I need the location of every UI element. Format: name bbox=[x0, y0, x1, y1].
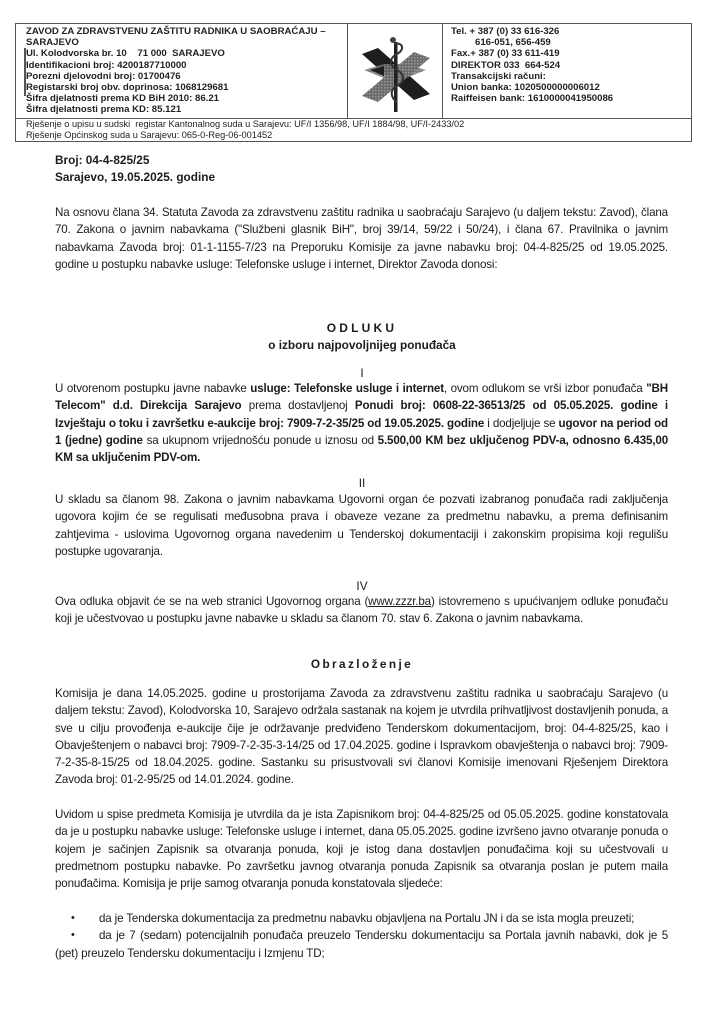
org-activity-code-1: Šifra djelatnosti prema KD BiH 2010: 86.… bbox=[26, 93, 347, 104]
margin-bar bbox=[24, 48, 26, 96]
org-id-number: Identifikacioni broj: 4200187710000 bbox=[26, 60, 347, 71]
bullet-text-2: da je 7 (sedam) potencijalnih ponuđača p… bbox=[55, 927, 668, 962]
org-name-line2: SARAJEVO bbox=[26, 37, 347, 48]
section-1-paragraph: U otvorenom postupku javne nabavke uslug… bbox=[55, 380, 668, 466]
account-raiffeisen-bank: Raiffeisen bank: 1610000041950086 bbox=[451, 93, 691, 104]
org-activity-code-2: Šifra djelatnosti prema KD: 85.121 bbox=[26, 104, 347, 115]
section-2-paragraph: U skladu sa članom 98. Zakona o javnim n… bbox=[55, 491, 668, 560]
document-page: ZAVOD ZA ZDRAVSTVENU ZAŠTITU RADNIKA U S… bbox=[0, 0, 724, 1024]
section-4-text-before: Ova odluka objavit će se na web stranici… bbox=[55, 595, 368, 608]
letterhead-top-row: ZAVOD ZA ZDRAVSTVENU ZAŠTITU RADNIKA U S… bbox=[16, 24, 691, 119]
website-link[interactable]: www.zzzr.ba bbox=[368, 595, 431, 608]
section-1-numeral: I bbox=[0, 366, 724, 380]
section-2-numeral: II bbox=[0, 476, 724, 490]
section-1-text-run: U otvorenom postupku javne nabavke bbox=[55, 382, 250, 395]
rationale-title: Obrazloženje bbox=[0, 657, 724, 671]
court-reg-2: Rješenje Općinskog suda u Sarajevu: 065-… bbox=[26, 130, 691, 141]
letterhead-contact-info: Tel. + 387 (0) 33 616-326 616-051, 656-4… bbox=[443, 24, 691, 118]
reference-place-date: Sarajevo, 19.05.2025. godine bbox=[55, 169, 215, 186]
letterhead-logo-cell bbox=[348, 24, 443, 118]
org-name-line1: ZAVOD ZA ZDRAVSTVENU ZAŠTITU RADNIKA U S… bbox=[26, 26, 347, 37]
rationale-paragraph-1: Komisija je dana 14.05.2025. godine u pr… bbox=[55, 685, 668, 789]
org-address: Ul. Kolodvorska br. 10 71 000 SARAJEVO bbox=[26, 48, 347, 59]
preamble-paragraph: Na osnovu člana 34. Statuta Zavoda za zd… bbox=[55, 204, 668, 273]
letterhead-org-info: ZAVOD ZA ZDRAVSTVENU ZAŠTITU RADNIKA U S… bbox=[16, 24, 348, 118]
account-union-bank: Union banka: 1020500000006012 bbox=[451, 82, 691, 93]
rationale-paragraph-2: Uvidom u spise predmeta Komisija je utvr… bbox=[55, 806, 668, 892]
bullet-item-2: • da je 7 (sedam) potencijalnih ponuđača… bbox=[55, 927, 668, 962]
decision-title: ODLUKU bbox=[0, 321, 724, 335]
section-1-text-run: prema dostavljenoj bbox=[241, 399, 354, 412]
contact-tel: Tel. + 387 (0) 33 616-326 bbox=[451, 26, 691, 37]
bullet-dot: • bbox=[71, 927, 75, 944]
document-reference: Broj: 04-4-825/25 Sarajevo, 19.05.2025. … bbox=[55, 152, 215, 186]
section-1-text-run: i dodjeljuje se bbox=[484, 417, 558, 430]
org-tax-number: Porezni djelovodni broj: 01700476 bbox=[26, 71, 347, 82]
caduceus-cross-logo-icon bbox=[348, 24, 443, 118]
decision-subtitle: o izboru najpovoljnijeg ponuđača bbox=[0, 338, 724, 352]
accounts-label: Transakcijski računi: bbox=[451, 71, 691, 82]
bullet-item-1: • da je Tenderska dokumentacija za predm… bbox=[55, 910, 668, 927]
contact-fax: Fax.+ 387 (0) 33 611-419 bbox=[451, 48, 691, 59]
letterhead: ZAVOD ZA ZDRAVSTVENU ZAŠTITU RADNIKA U S… bbox=[15, 23, 692, 142]
bullet-dot: • bbox=[71, 910, 75, 927]
reference-number: Broj: 04-4-825/25 bbox=[55, 152, 215, 169]
section-1-text-run: sa ukupnom vrijednošću ponude u iznosu o… bbox=[143, 434, 378, 447]
section-4-paragraph: Ova odluka objavit će se na web stranici… bbox=[55, 593, 668, 628]
contact-tel-2: 616-051, 656-459 bbox=[451, 37, 691, 48]
section-1-text-run: , ovom odlukom se vrši izbor ponuđača bbox=[444, 382, 646, 395]
org-reg-number: Registarski broj obv. doprinosa: 1068129… bbox=[26, 82, 347, 93]
section-4-numeral: IV bbox=[0, 579, 724, 593]
contact-director: DIREKTOR 033 664-524 bbox=[451, 60, 691, 71]
letterhead-court-registration: Rješenje o upisu u sudski registar Kanto… bbox=[16, 118, 691, 142]
bullet-text-1: da je Tenderska dokumentacija za predmet… bbox=[55, 910, 668, 927]
court-reg-1: Rješenje o upisu u sudski registar Kanto… bbox=[26, 119, 691, 130]
rationale-bullet-list: • da je Tenderska dokumentacija za predm… bbox=[55, 910, 668, 962]
section-1-bold-run: usluge: Telefonske usluge i internet bbox=[250, 382, 444, 395]
